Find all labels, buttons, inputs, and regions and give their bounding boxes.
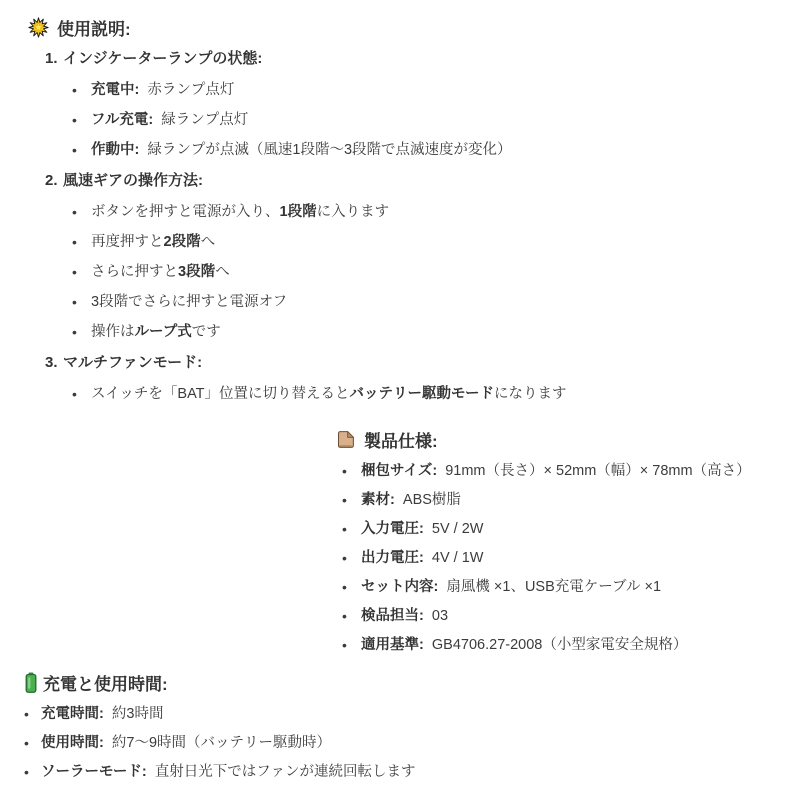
usage-group-1-heading: 1. インジケーターランプの状態: (45, 49, 780, 69)
product-description-page: 使用説明: 1. インジケーターランプの状態: 充電中: 赤ランプ点灯 フル充電… (0, 0, 800, 781)
charge-section-title: 充電と使用時間: (43, 670, 168, 695)
spec-item: 適用基準: GB4706.27-2008（小型家電安全規格） (341, 636, 780, 654)
usage-group-1: 1. インジケーターランプの状態: 充電中: 赤ランプ点灯 フル充電: 緑ランプ… (45, 49, 780, 159)
usage-bullet: 3段階でさらに押すと電源オフ (71, 293, 780, 311)
usage-group-2: 2. 風速ギアの操作方法: ボタンを押すと電源が入り、1段階に入ります 再度押す… (45, 171, 780, 341)
usage-group-3: 3. マルチファンモード: スイッチを「BAT」位置に切り替えるとバッテリー駆動… (45, 353, 780, 403)
specs-section-header: 製品仕様: (335, 427, 780, 451)
group-heading-text: マルチファンモード: (63, 353, 202, 373)
specs-list: 梱包サイズ: 91mm（長さ）× 52mm（幅）× 78mm（高さ） 素材: A… (335, 462, 780, 654)
usage-bullet: 作動中: 緑ランプが点滅（風速1段階〜3段階で点滅速度が変化） (71, 141, 780, 159)
charge-item: 使用時間: 約7〜9時間（バッテリー駆動時） (23, 734, 780, 752)
usage-bullet: 操作はループ式です (71, 323, 780, 341)
charge-list: 充電時間: 約3時間 使用時間: 約7〜9時間（バッテリー駆動時） ソーラーモー… (23, 705, 780, 781)
group-heading-text: インジケーターランプの状態: (63, 49, 262, 69)
charge-item: 充電時間: 約3時間 (23, 705, 780, 723)
usage-group-3-list: スイッチを「BAT」位置に切り替えるとバッテリー駆動モードになります (45, 385, 780, 403)
specs-section-title: 製品仕様: (364, 427, 438, 452)
charge-item: ソーラーモード: 直射日光下ではファンが連続回転します (23, 763, 780, 781)
usage-group-3-heading: 3. マルチファンモード: (45, 353, 780, 373)
spec-item: 出力電圧: 4V / 1W (341, 549, 780, 567)
charge-section-header: 充電と使用時間: (25, 670, 780, 694)
spec-item: 梱包サイズ: 91mm（長さ）× 52mm（幅）× 78mm（高さ） (341, 462, 780, 480)
usage-bullet: スイッチを「BAT」位置に切り替えるとバッテリー駆動モードになります (71, 385, 780, 403)
product-specs-section: 製品仕様: 梱包サイズ: 91mm（長さ）× 52mm（幅）× 78mm（高さ）… (335, 427, 780, 654)
spec-item: 入力電圧: 5V / 2W (341, 520, 780, 538)
group-number: 2. (45, 171, 63, 191)
usage-bullet: 充電中: 赤ランプ点灯 (71, 81, 780, 99)
usage-instructions-section: 使用説明: 1. インジケーターランプの状態: 充電中: 赤ランプ点灯 フル充電… (28, 15, 780, 403)
spec-item: セット内容: 扇風機 ×1、USB充電ケーブル ×1 (341, 578, 780, 596)
usage-section-header: 使用説明: (28, 15, 780, 39)
usage-bullet: さらに押すと3段階へ (71, 263, 780, 281)
usage-bullet: ボタンを押すと電源が入り、1段階に入ります (71, 203, 780, 221)
usage-bullet: 再度押すと2段階へ (71, 233, 780, 251)
package-note-icon (335, 429, 356, 450)
group-number: 3. (45, 353, 63, 373)
spec-item: 検品担当: 03 (341, 607, 780, 625)
usage-group-1-list: 充電中: 赤ランプ点灯 フル充電: 緑ランプ点灯 作動中: 緑ランプが点滅（風速… (45, 81, 780, 159)
usage-group-2-heading: 2. 風速ギアの操作方法: (45, 171, 780, 191)
group-number: 1. (45, 49, 63, 69)
usage-bullet: フル充電: 緑ランプ点灯 (71, 111, 780, 129)
charging-section: 充電と使用時間: 充電時間: 約3時間 使用時間: 約7〜9時間（バッテリー駆動… (25, 670, 780, 781)
group-heading-text: 風速ギアの操作方法: (63, 171, 203, 191)
usage-group-2-list: ボタンを押すと電源が入り、1段階に入ります 再度押すと2段階へ さらに押すと3段… (45, 203, 780, 341)
star-burst-icon (28, 17, 49, 38)
battery-icon (25, 672, 37, 693)
spec-item: 素材: ABS樹脂 (341, 491, 780, 509)
usage-section-title: 使用説明: (57, 15, 131, 40)
